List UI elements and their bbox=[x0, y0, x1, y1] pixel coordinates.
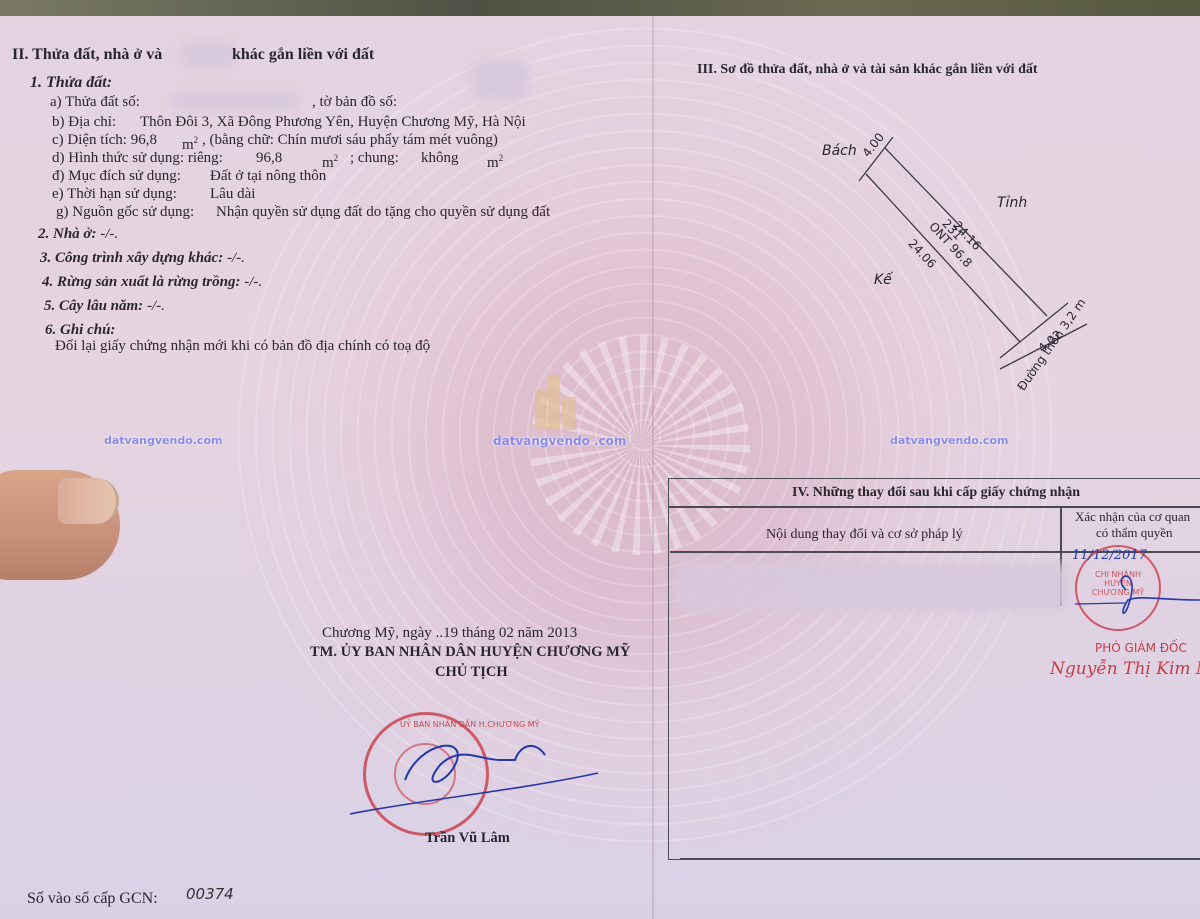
director-signature bbox=[0, 0, 1200, 919]
deputy-director-name: Nguyễn Thị Kim Ngọc bbox=[1050, 660, 1200, 678]
deputy-director-title: PHÓ GIÁM ĐỐC bbox=[1095, 639, 1187, 657]
